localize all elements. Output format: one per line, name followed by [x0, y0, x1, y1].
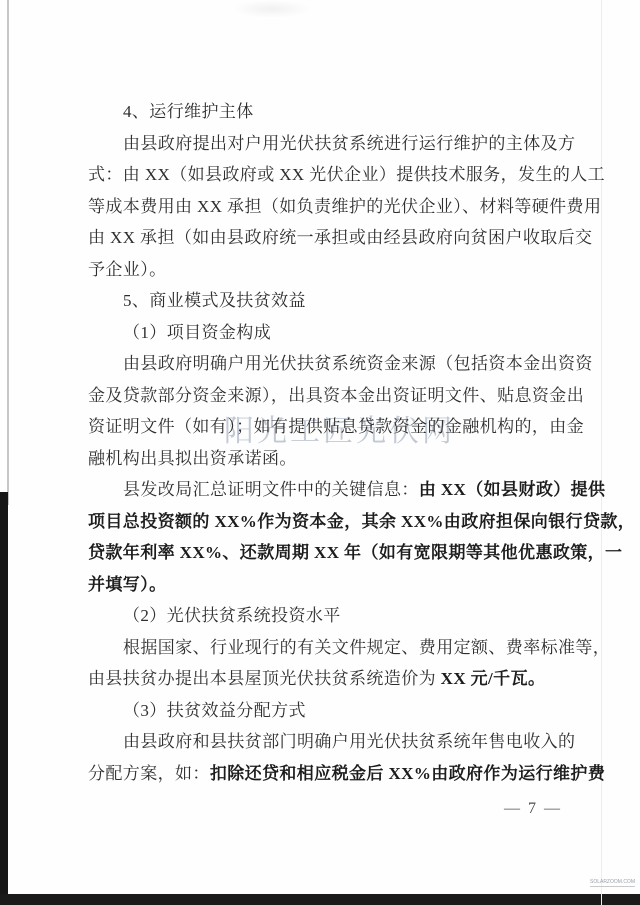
scan-smudge	[232, 0, 312, 18]
text-segment: 由 XX 承担（如由县政府统一承担或由经县政府向贫困户收取后交	[88, 228, 592, 247]
text-segment: 4、运行维护主体	[123, 102, 254, 121]
text-segment: 等成本费用由 XX 承担（如负责维护的光伏企业）、材料等硬件费用	[88, 197, 601, 216]
text-segment: （3）扶贫效益分配方式	[123, 701, 306, 720]
text-line: 贷款年利率 XX%、还款周期 XX 年（如有宽限期等其他优惠政策，一	[88, 537, 566, 569]
text-segment: 由县政府明确户用光伏扶贫系统资金来源（包括资本金出资资	[123, 354, 593, 373]
text-segment: 分配方案，如：	[88, 764, 210, 783]
text-segment: 融机构出具拟出资承诺函。	[88, 449, 297, 468]
text-segment: 贷款年利率 XX%、还款周期 XX 年（如有宽限期等其他优惠政策，一	[88, 543, 622, 562]
text-segment: （2）光伏扶贫系统投资水平	[123, 606, 341, 625]
text-line: 由 XX 承担（如由县政府统一承担或由经县政府向贫困户收取后交	[88, 222, 566, 254]
text-line: 予企业）。	[88, 254, 566, 286]
scan-edge-left-bar	[0, 492, 8, 905]
text-line: 等成本费用由 XX 承担（如负责维护的光伏企业）、材料等硬件费用	[88, 191, 566, 223]
text-segment: 根据国家、行业现行的有关文件规定、费用定额、费率标准等，	[123, 638, 610, 657]
text-segment: 5、商业模式及扶贫效益	[123, 291, 306, 310]
text-line: 融机构出具拟出资承诺函。	[88, 443, 566, 475]
text-segment: XX 元/千瓦。	[441, 669, 546, 688]
scan-edge-left-line	[7, 0, 9, 505]
text-segment: 由 XX（如县财政）提供	[419, 480, 606, 499]
text-segment: 项目总投资额的 XX%作为资本金，其余 XX%由政府担保向银行贷款，	[88, 512, 635, 531]
text-line: （3）扶贫效益分配方式	[88, 695, 566, 727]
page-number: — 7 —	[504, 800, 562, 818]
text-line: 县发改局汇总证明文件中的关键信息：由 XX（如县财政）提供	[88, 474, 566, 506]
scan-edge-bottom-bar	[0, 894, 640, 905]
corner-watermark: SOLARZOOM.COM	[590, 880, 635, 887]
text-line: （1）项目资金构成	[88, 317, 566, 349]
text-line: 由县扶贫办提出本县屋顶光伏扶贫系统造价为 XX 元/千瓦。	[88, 663, 566, 695]
text-line: 由县政府提出对户用光伏扶贫系统进行运行维护的主体及方	[88, 128, 566, 160]
text-segment: 由县扶贫办提出本县屋顶光伏扶贫系统造价为	[88, 669, 441, 688]
text-segment: 由县政府和县扶贫部门明确户用光伏扶贫系统年售电收入的	[123, 732, 575, 751]
text-line: 由县政府明确户用光伏扶贫系统资金来源（包括资本金出资资	[88, 348, 566, 380]
text-line: 由县政府和县扶贫部门明确户用光伏扶贫系统年售电收入的	[88, 726, 566, 758]
text-segment: 县发改局汇总证明文件中的关键信息：	[123, 480, 419, 499]
text-line: （2）光伏扶贫系统投资水平	[88, 600, 566, 632]
scanned-page: 阳光工匠光伏网 4、运行维护主体由县政府提出对户用光伏扶贫系统进行运行维护的主体…	[0, 0, 640, 905]
text-segment: 式：由 XX（如县政府或 XX 光伏企业）提供技术服务，发生的人工	[88, 165, 605, 184]
text-line: 项目总投资额的 XX%作为资本金，其余 XX%由政府担保向银行贷款，	[88, 506, 566, 538]
text-line: 分配方案，如：扣除还贷和相应税金后 XX%由政府作为运行维护费	[88, 758, 566, 790]
text-line: 式：由 XX（如县政府或 XX 光伏企业）提供技术服务，发生的人工	[88, 159, 566, 191]
text-segment: 予企业）。	[88, 260, 167, 279]
text-line: 金及贷款部分资金来源），出具资本金出资证明文件、贴息资金出	[88, 380, 566, 412]
document-body: 4、运行维护主体由县政府提出对户用光伏扶贫系统进行运行维护的主体及方式：由 XX…	[88, 96, 566, 789]
text-line: 资证明文件（如有）；如有提供贴息贷款资金的金融机构的，由金	[88, 411, 566, 443]
text-segment: 由县政府提出对户用光伏扶贫系统进行运行维护的主体及方	[123, 134, 575, 153]
text-line: 根据国家、行业现行的有关文件规定、费用定额、费率标准等，	[88, 632, 566, 664]
text-line: 4、运行维护主体	[88, 96, 566, 128]
text-segment: 并填写）。	[88, 575, 167, 594]
text-segment: 金及贷款部分资金来源），出具资本金出资证明文件、贴息资金出	[88, 386, 584, 405]
text-line: 并填写）。	[88, 569, 566, 601]
text-line: 5、商业模式及扶贫效益	[88, 285, 566, 317]
text-segment: （1）项目资金构成	[123, 323, 271, 342]
text-segment: 扣除还贷和相应税金后 XX%由政府作为运行维护费	[210, 764, 605, 783]
text-segment: 资证明文件（如有）；如有提供贴息贷款资金的金融机构的，由金	[88, 417, 584, 436]
